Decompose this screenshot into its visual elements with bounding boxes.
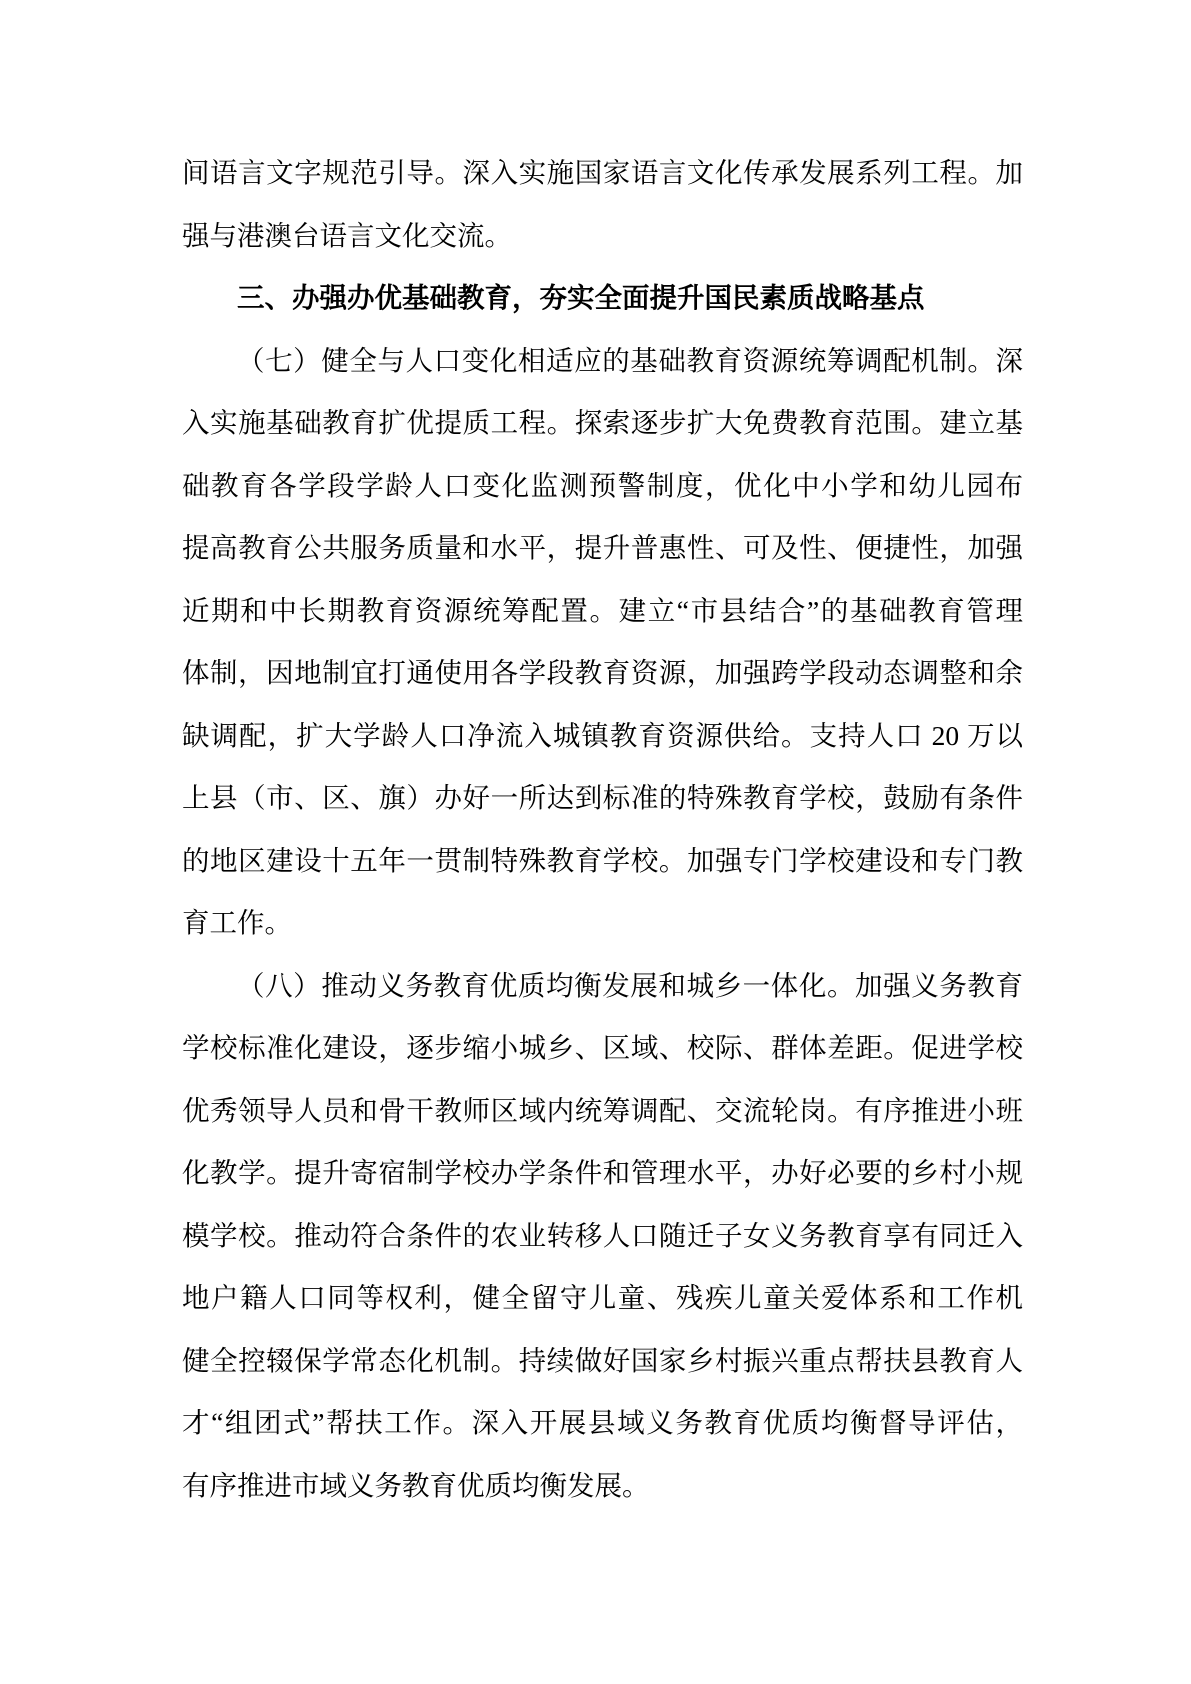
- document-text-block: 间语言文字规范引导。深入实施国家语言文化传承发展系列工程。加 强与港澳台语言文化…: [182, 142, 1023, 1517]
- text-line: （八）推动义务教育优质均衡发展和城乡一体化。加强义务教育: [182, 955, 1023, 1018]
- text-line: （七）健全与人口变化相适应的基础教育资源统筹调配机制。深: [182, 330, 1023, 393]
- text-line: 才“组团式”帮扶工作。深入开展县域义务教育优质均衡督导评估，: [182, 1392, 1023, 1455]
- text-line: 育工作。: [182, 892, 1023, 955]
- text-line: 有序推进市域义务教育优质均衡发展。: [182, 1455, 1023, 1518]
- text-line: 化教学。提升寄宿制学校办学条件和管理水平，办好必要的乡村小规: [182, 1142, 1023, 1205]
- text-line: 强与港澳台语言文化交流。: [182, 205, 1023, 268]
- text-line: 的地区建设十五年一贯制特殊教育学校。加强专门学校建设和专门教: [182, 830, 1023, 893]
- text-line: 入实施基础教育扩优提质工程。探索逐步扩大免费教育范围。建立基: [182, 392, 1023, 455]
- text-line: 近期和中长期教育资源统筹配置。建立“市县结合”的基础教育管理: [182, 580, 1023, 643]
- document-page: 间语言文字规范引导。深入实施国家语言文化传承发展系列工程。加 强与港澳台语言文化…: [0, 0, 1191, 1684]
- text-line: 提高教育公共服务质量和水平，提升普惠性、可及性、便捷性，加强: [182, 517, 1023, 580]
- text-line: 健全控辍保学常态化机制。持续做好国家乡村振兴重点帮扶县教育人: [182, 1330, 1023, 1393]
- text-line: 优秀领导人员和骨干教师区域内统筹调配、交流轮岗。有序推进小班: [182, 1080, 1023, 1143]
- text-line: 模学校。推动符合条件的农业转移人口随迁子女义务教育享有同迁入: [182, 1205, 1023, 1268]
- text-line: 缺调配，扩大学龄人口净流入城镇教育资源供给。支持人口 20 万以: [182, 705, 1023, 768]
- text-line: 学校标准化建设，逐步缩小城乡、区域、校际、群体差距。促进学校: [182, 1017, 1023, 1080]
- text-line: 础教育各学段学龄人口变化监测预警制度，优化中小学和幼儿园布局。: [182, 455, 1023, 518]
- section-heading: 三、办强办优基础教育，夯实全面提升国民素质战略基点: [182, 267, 1023, 330]
- text-line: 体制，因地制宜打通使用各学段教育资源，加强跨学段动态调整和余: [182, 642, 1023, 705]
- text-line: 地户籍人口同等权利，健全留守儿童、残疾儿童关爱体系和工作机制，: [182, 1267, 1023, 1330]
- text-line: 上县（市、区、旗）办好一所达到标准的特殊教育学校，鼓励有条件: [182, 767, 1023, 830]
- text-line: 间语言文字规范引导。深入实施国家语言文化传承发展系列工程。加: [182, 142, 1023, 205]
